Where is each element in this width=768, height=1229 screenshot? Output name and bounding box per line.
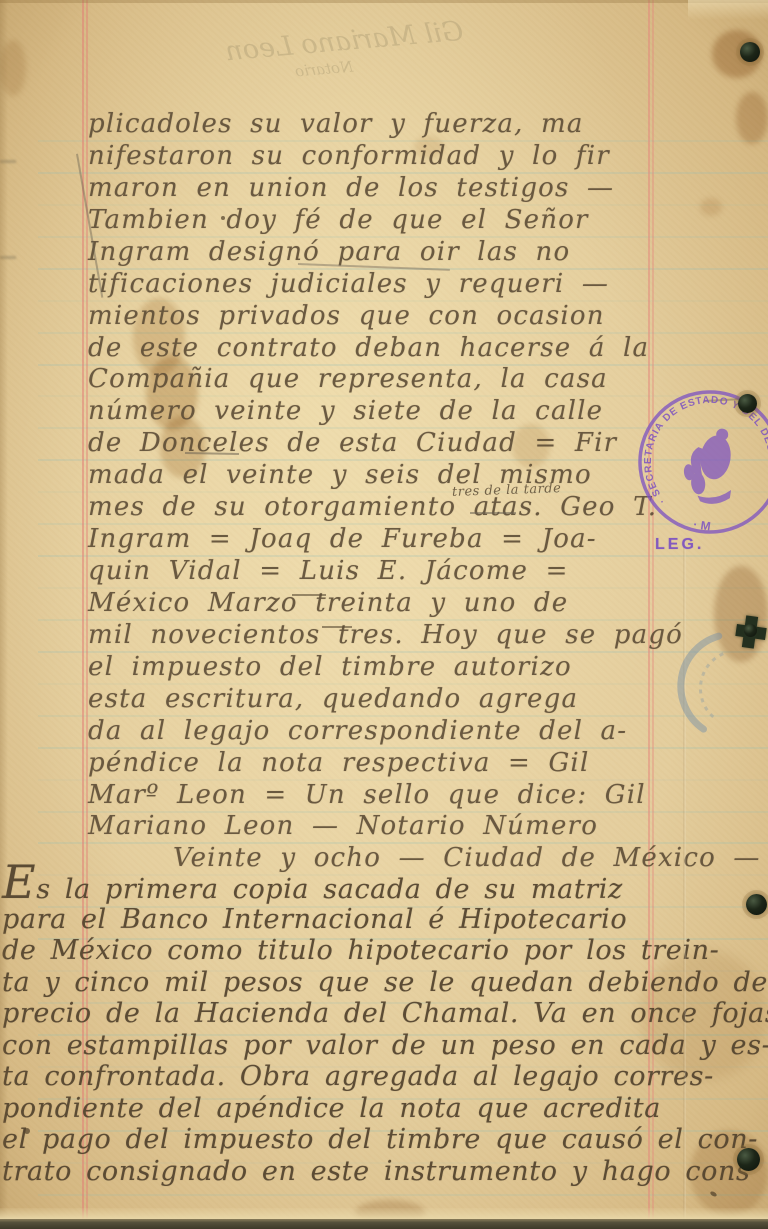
binding-brad — [737, 1148, 760, 1171]
manuscript-line: esta escritura, quedando agrega — [88, 683, 654, 717]
manuscript-line: con estampillas por valor de un peso en … — [2, 1030, 766, 1064]
corner-stain — [736, 92, 768, 144]
manuscript-line: mada el veinte y seis del mismo — [88, 459, 654, 493]
manuscript-line: el pago del impuesto del timbre que caus… — [2, 1124, 766, 1158]
manuscript-line: de Donceles de esta Ciudad = Fir — [88, 427, 654, 461]
page-corner-light — [688, 0, 768, 20]
manuscript-line: Es la primera copia sacada de su matriz — [2, 872, 766, 906]
underline-atas — [470, 512, 516, 514]
manuscript-line: trato consignado en este instrumento y h… — [2, 1156, 766, 1190]
page-top-edge — [0, 0, 768, 3]
manuscript-line: pondiente del apéndice la nota que acred… — [2, 1093, 766, 1127]
binding-brad — [746, 894, 767, 915]
manuscript-line: tificaciones judiciales y requeri — — [88, 268, 654, 302]
manuscript-line: Marº Leon = Un sello que dice: Gil — [88, 779, 654, 813]
seal-eagle-emblem — [680, 427, 740, 506]
manuscript-line: de México como titulo hipotecario por lo… — [2, 935, 766, 969]
binding-brad — [738, 394, 757, 413]
manuscript-line: plicadoles su valor y fuerza, ma — [88, 108, 654, 142]
manuscript-line: para el Banco Internacional é Hipotecari… — [2, 904, 766, 938]
manuscript-line: el impuesto del timbre autorizo — [88, 651, 654, 685]
manuscript-line: quin Vidal = Luis E. Jácome = — [88, 555, 654, 589]
manuscript-line: número veinte y siete de la calle — [88, 395, 654, 429]
manuscript-line: nifestaron su conformidad y lo fir — [88, 140, 654, 174]
page-left-edge — [0, 0, 8, 1229]
overline-abbrev — [322, 626, 352, 628]
overline-abbrev — [292, 594, 326, 596]
manuscript-line: Tambien doy fé de que el Señor — [88, 204, 654, 238]
seal-bottom-text: · M — [692, 517, 711, 533]
manuscript-line: mientos privados que con ocasion — [88, 300, 654, 334]
manuscript-line: mes de su otorgamiento atas. Geo T. — [88, 491, 654, 525]
manuscript-line: Ingram = Joaq de Fureba = Joa- — [88, 523, 654, 557]
manuscript-line: precio de la Hacienda del Chamal. Va en … — [2, 998, 766, 1032]
manuscript-line: Mariano Leon — Notario Número — [88, 810, 654, 844]
manuscript-line: ta confrontada. Obra agregada al legajo … — [2, 1061, 766, 1095]
manuscript-page: Gil Mariano Leon Notario plicadoles su v… — [0, 0, 768, 1229]
manuscript-line: México Marzo treinta y uno de — [88, 587, 654, 621]
ruling-line — [38, 1194, 768, 1196]
manuscript-line: ta y cinco mil pesos que se le quedan de… — [2, 967, 766, 1001]
manuscript-line: de este contrato deban hacerse á la — [88, 332, 654, 366]
manuscript-line: mil novecientos tres. Hoy que se pagó — [88, 619, 654, 653]
binding-brad — [740, 42, 760, 62]
bottom-shadow-strip — [0, 1219, 768, 1229]
manuscript-line: Compañia que representa, la casa — [88, 363, 654, 397]
foxing-spot — [700, 198, 722, 216]
manuscript-line: maron en union de los testigos — — [88, 172, 654, 206]
seal-leg-label: LEG. — [655, 536, 704, 554]
manuscript-line: Ingram designó para oir las no — [88, 236, 654, 270]
manuscript-line: péndice la nota respectiva = Gil — [88, 747, 654, 781]
manuscript-line: da al legajo correspondiente del a- — [88, 715, 654, 749]
